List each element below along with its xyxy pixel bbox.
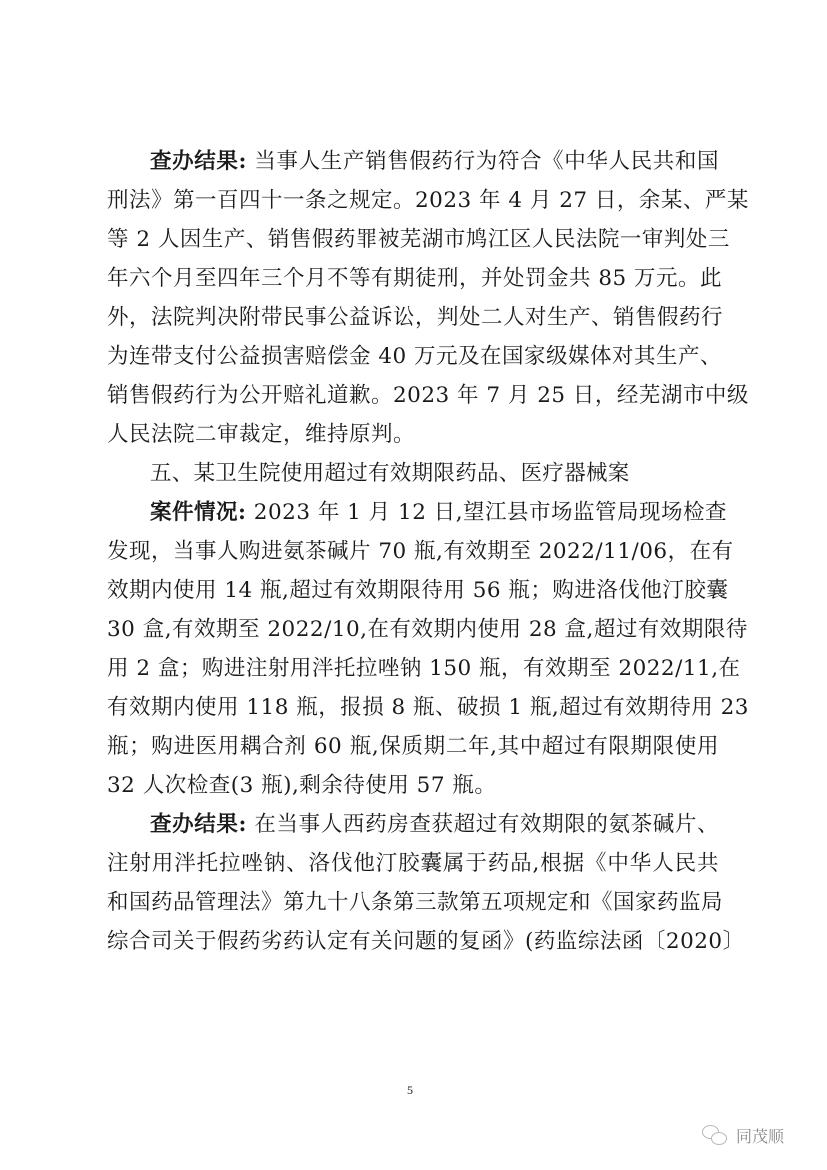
section-label: 查办结果: bbox=[150, 149, 247, 174]
paragraph-line: 发现，当事人购进氨茶碱片 70 瓶,有效期至 2022/11/06，在有 bbox=[107, 532, 719, 571]
paragraph-line: 为连带支付公益损害赔偿金 40 万元及在国家级媒体对其生产、 bbox=[107, 337, 719, 376]
page-number: 5 bbox=[407, 1083, 413, 1098]
paragraph-line: 30 盒,有效期至 2022/10,在有效期内使用 28 盒,超过有效期限待 bbox=[107, 610, 719, 649]
paragraph-line: 32 人次检查(3 瓶),剩余待使用 57 瓶。 bbox=[107, 766, 719, 805]
paragraph-line: 查办结果: 当事人生产销售假药行为符合《中华人民共和国 bbox=[107, 142, 719, 181]
paragraph-line: 案件情况: 2023 年 1 月 12 日,望江县市场监管局现场检查 bbox=[107, 493, 719, 532]
paragraph-line: 瓶；购进医用耦合剂 60 瓶,保质期二年,其中超过有限期限使用 bbox=[107, 727, 719, 766]
section-heading: 五、某卫生院使用超过有效期限药品、医疗器械案 bbox=[107, 454, 719, 493]
section-label: 案件情况: bbox=[150, 500, 246, 525]
paragraph-line: 有效期内使用 118 瓶，报损 8 瓶、破损 1 瓶,超过有效期待用 23 bbox=[107, 688, 719, 727]
watermark-text: 同茂顺 bbox=[736, 1124, 784, 1147]
paragraph-line: 效期内使用 14 瓶,超过有效期限待用 56 瓶；购进洛伐他汀胶囊 bbox=[107, 571, 719, 610]
paragraph-line: 用 2 盒；购进注射用泮托拉唑钠 150 瓶，有效期至 2022/11,在 bbox=[107, 649, 719, 688]
paragraph-line: 外，法院判决附带民事公益诉讼，判处二人对生产、销售假药行 bbox=[107, 298, 719, 337]
wechat-icon bbox=[702, 1125, 728, 1147]
paragraph-line: 查办结果: 在当事人西药房查获超过有效期限的氨茶碱片、 bbox=[107, 805, 719, 844]
paragraph-line: 和国药品管理法》第九十八条第三款第五项规定和《国家药监局 bbox=[107, 883, 719, 922]
paragraph-line: 综合司关于假药劣药认定有关问题的复函》(药监综法函〔2020〕 bbox=[107, 922, 719, 961]
paragraph-line: 年六个月至四年三个月不等有期徒刑，并处罚金共 85 万元。此 bbox=[107, 259, 719, 298]
paragraph-line: 刑法》第一百四十一条之规定。2023 年 4 月 27 日，余某、严某 bbox=[107, 181, 719, 220]
paragraph-line: 销售假药行为公开赔礼道歉。2023 年 7 月 25 日，经芜湖市中级 bbox=[107, 376, 719, 415]
watermark: 同茂顺 bbox=[702, 1124, 784, 1147]
paragraph-line: 注射用泮托拉唑钠、洛伐他汀胶囊属于药品,根据《中华人民共 bbox=[107, 844, 719, 883]
document-page: 查办结果: 当事人生产销售假药行为符合《中华人民共和国 刑法》第一百四十一条之规… bbox=[107, 142, 719, 961]
paragraph-line: 等 2 人因生产、销售假药罪被芜湖市鸠江区人民法院一审判处三 bbox=[107, 220, 719, 259]
paragraph-line: 人民法院二审裁定，维持原判。 bbox=[107, 415, 719, 454]
section-label: 查办结果: bbox=[150, 812, 247, 837]
